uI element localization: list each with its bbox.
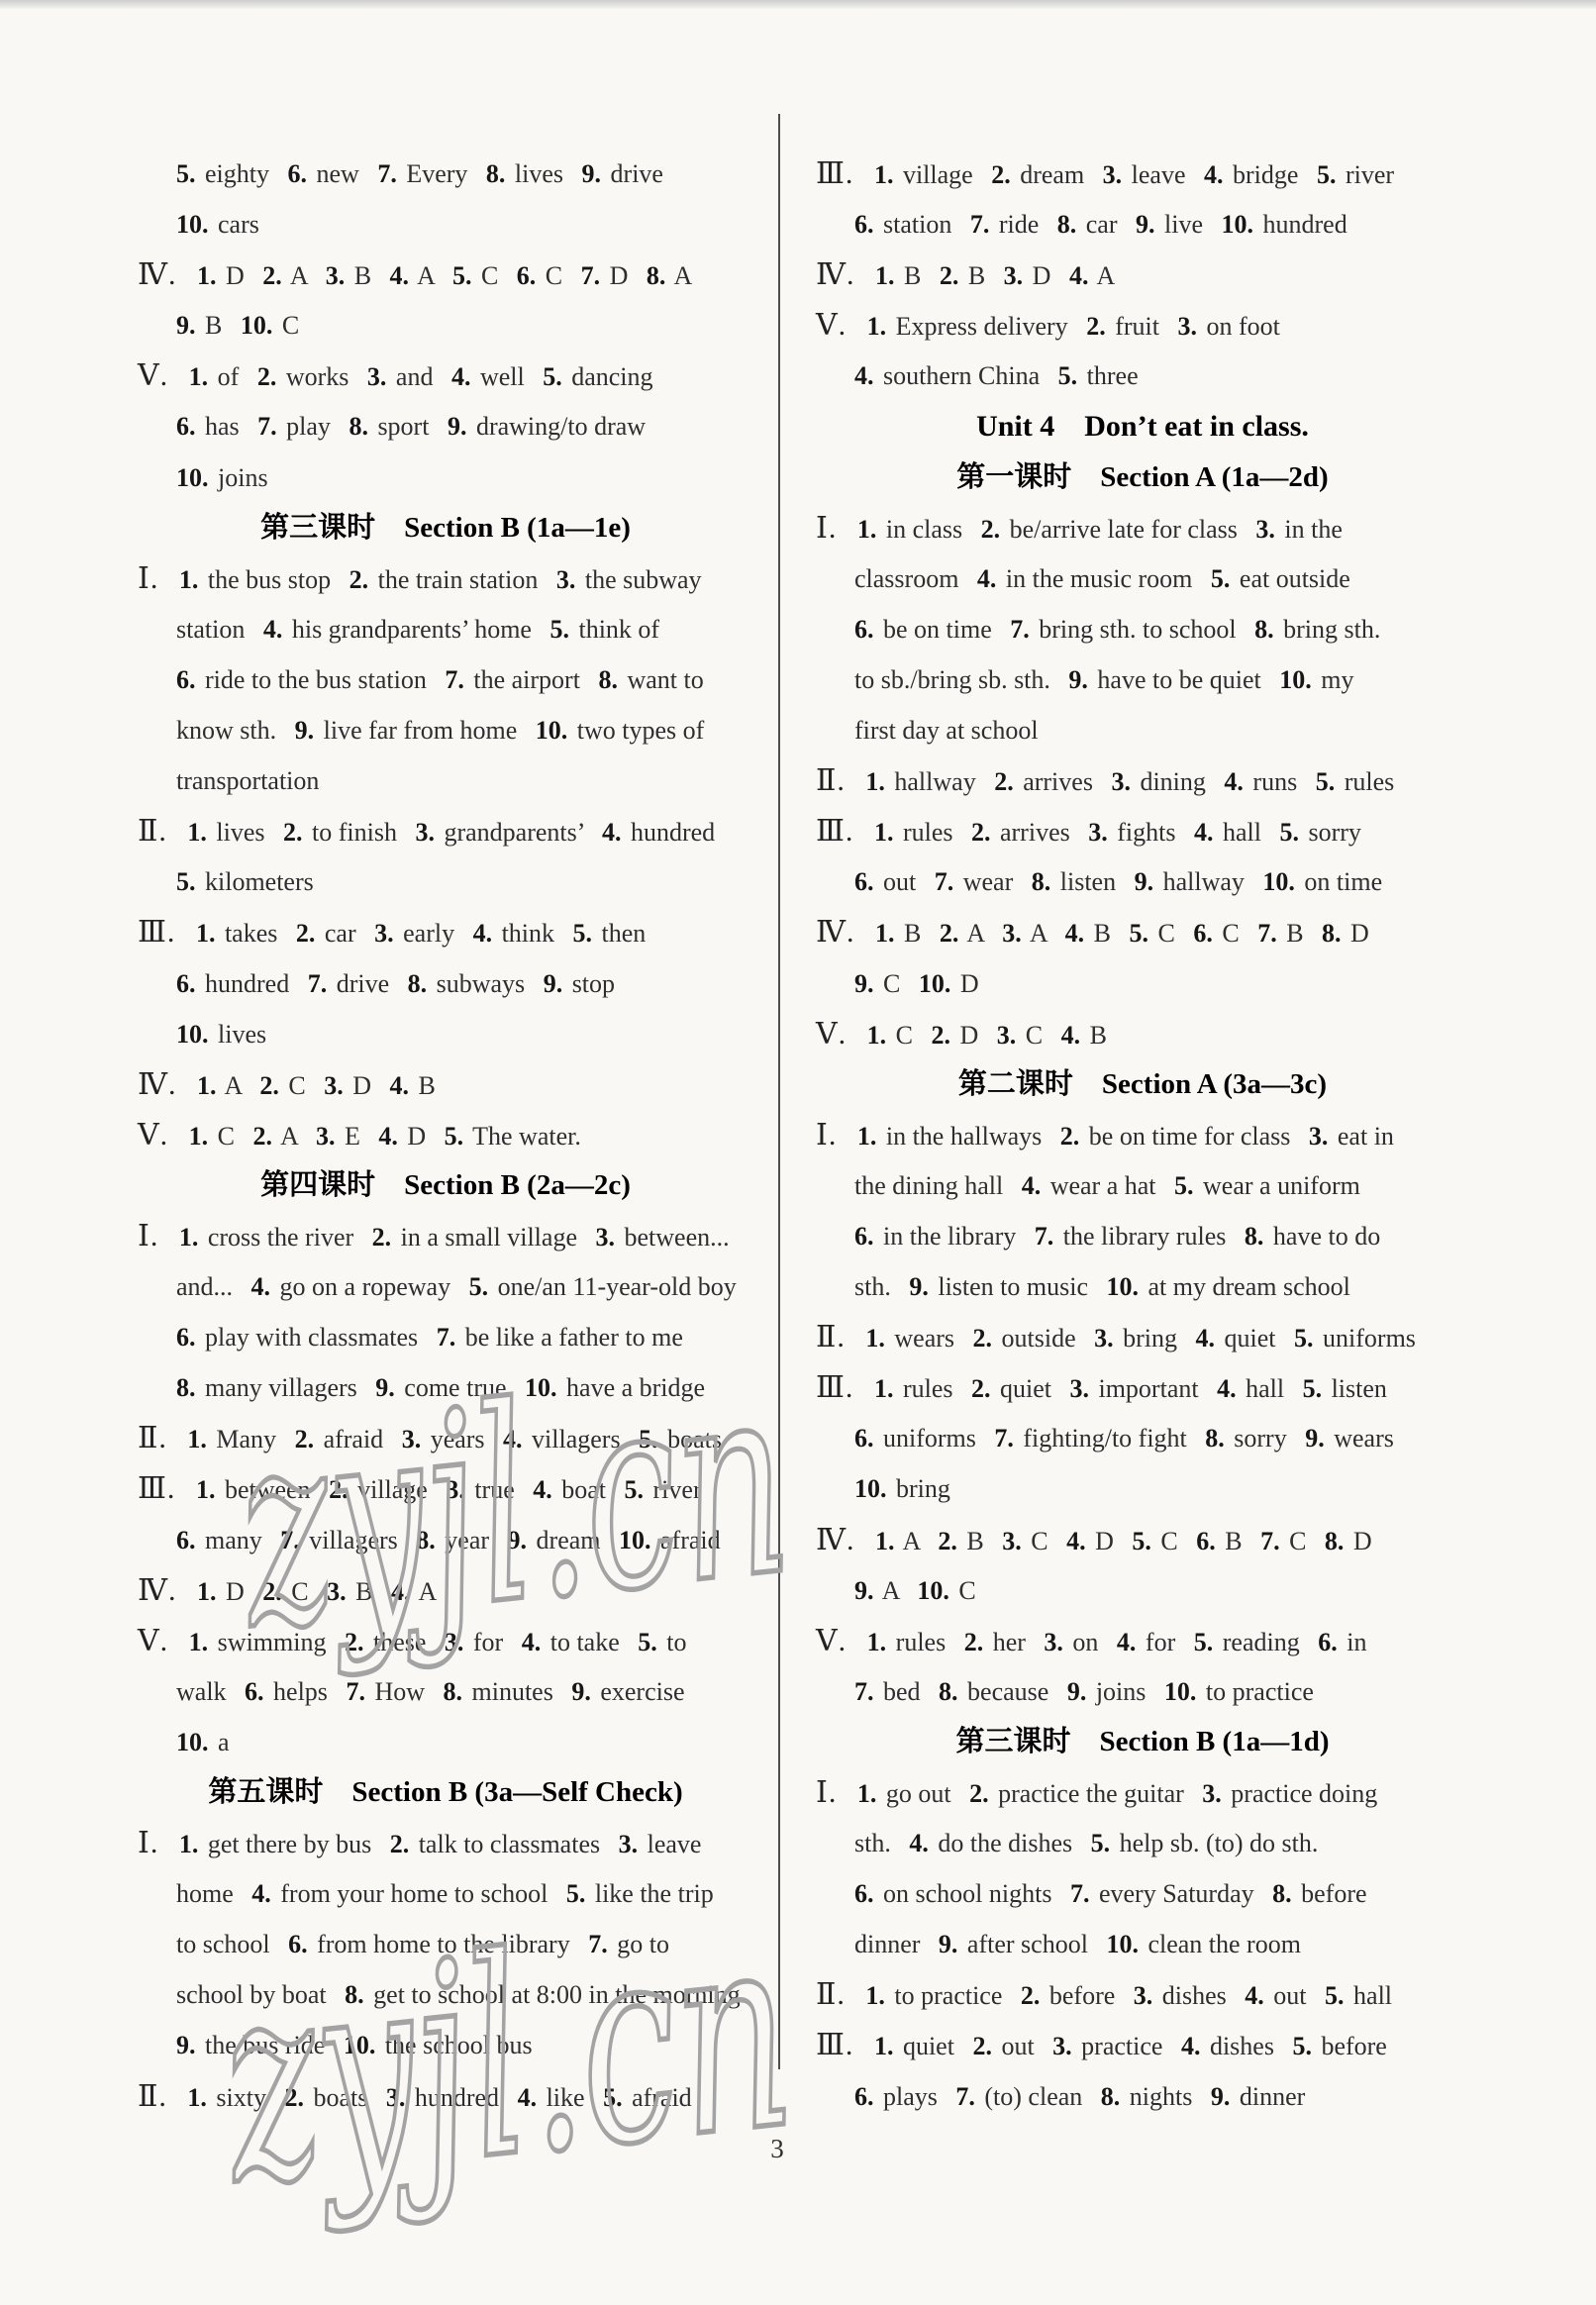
answer-text: boats (661, 1425, 722, 1453)
item-number: 4. (503, 1425, 523, 1453)
answer-text: do the dishes (932, 1829, 1079, 1857)
roman-numeral: Ⅱ. (138, 2080, 175, 2113)
answer-line: Ⅱ. 1. to practice 2. before 3. dishes 4.… (816, 1969, 1469, 2020)
item-number: 5. (638, 1628, 657, 1656)
answer-text: B (349, 1577, 379, 1606)
item-number: 10. (344, 2031, 376, 2059)
answer-text: for (1139, 1628, 1181, 1656)
answer-text: the airport (467, 665, 587, 694)
item-number: 9. (1067, 1677, 1087, 1706)
item-number: 4. (602, 818, 622, 847)
answer-text: important (1092, 1374, 1205, 1403)
answer-text: wears (888, 1324, 961, 1353)
answer-text: his grandparents’ home (285, 615, 538, 644)
item-number: 7. (1257, 919, 1277, 948)
answer-text: year (439, 1526, 496, 1554)
answer-text: subways (430, 969, 532, 998)
item-number: 5. (573, 919, 593, 948)
answer-text: from home to the library (311, 1930, 577, 1958)
item-number: 4. (1217, 1374, 1237, 1403)
item-number: 7. (994, 1424, 1014, 1453)
item-number: 6. (176, 1526, 196, 1554)
item-number: 4. (263, 615, 283, 644)
answer-text: to school (176, 1930, 276, 1958)
answer-text: C (285, 1577, 315, 1606)
answer-line: 10. lives (138, 1009, 753, 1059)
answer-line: 6. out 7. wear 8. listen 9. hallway 10. … (816, 856, 1469, 907)
item-number: 2. (973, 1324, 993, 1353)
answer-text: the train station (371, 565, 545, 594)
item-number: 2. (257, 362, 277, 391)
answer-text: talk to classmates (412, 1830, 606, 1858)
answer-line: Ⅳ. 1. B 2. A 3. A 4. B 5. C 6. C 7. B 8.… (816, 907, 1469, 957)
item-number: 9. (375, 1373, 395, 1402)
item-number: 5. (1325, 1981, 1345, 2010)
roman-numeral: Ⅰ. (816, 1119, 846, 1152)
item-number: 10. (1262, 867, 1295, 896)
item-number: 6. (176, 665, 196, 694)
answer-text: D (1089, 1527, 1121, 1555)
item-number: 5. (603, 2083, 623, 2112)
answer-line: school by boat 8. get to school at 8:00 … (138, 1969, 753, 2020)
item-number: 1. (874, 818, 894, 847)
answer-text: station (877, 210, 958, 239)
item-number: 2. (981, 515, 1001, 544)
answer-text: Unit 4 Don’t eat in class. (976, 410, 1309, 443)
answer-line: 6. many 7. villagers 8. year 9. dream 10… (138, 1515, 753, 1565)
item-number: 4. (378, 1122, 398, 1151)
answer-text: B (348, 261, 377, 290)
answer-text: 第一课时 Section A (1a—2d) (956, 461, 1328, 493)
item-number: 3. (556, 565, 576, 594)
answer-text: 第三课时 Section B (1a—1e) (260, 512, 631, 544)
answer-text: C (275, 311, 299, 340)
answer-text: D (603, 261, 635, 290)
answer-text: cross the river (201, 1223, 359, 1252)
item-number: 9. (1305, 1424, 1325, 1453)
item-number: 7. (308, 969, 328, 998)
roman-numeral: Ⅲ. (138, 916, 184, 949)
answer-text: works (279, 362, 355, 391)
answer-text: many villagers (199, 1373, 364, 1402)
answer-line: classroom 4. in the music room 5. eat ou… (816, 553, 1469, 604)
answer-text: bridge (1227, 160, 1305, 189)
item-number: 2. (932, 1021, 951, 1050)
answer-text: C (1025, 1527, 1054, 1555)
answer-text: a (212, 1728, 230, 1756)
answer-text: 第三课时 Section B (1a—1d) (955, 1726, 1329, 1757)
answer-text: A (219, 1071, 248, 1100)
answer-text: kilometers (199, 867, 314, 896)
answer-text: dream (1014, 160, 1091, 189)
answer-text: uniforms (877, 1424, 983, 1453)
roman-numeral: Ⅴ. (816, 309, 855, 342)
answer-text: eat in (1331, 1122, 1394, 1151)
answer-text: sth. (854, 1272, 897, 1301)
answer-text: boats (307, 2083, 374, 2112)
answer-text: play (280, 412, 338, 441)
item-number: 5. (452, 261, 472, 290)
answer-text: bring (1117, 1324, 1184, 1353)
item-number: 6. (176, 969, 196, 998)
answer-text: A (275, 1122, 304, 1151)
section-heading: 第二课时 Section A (3a—3c) (816, 1059, 1469, 1110)
item-number: 7. (1260, 1527, 1280, 1555)
answer-text: be like a father to me (458, 1323, 683, 1352)
answer-line: Ⅰ. 1. cross the river 2. in a small vill… (138, 1211, 753, 1261)
answer-text: village (351, 1475, 435, 1504)
item-number: 8. (1322, 919, 1342, 948)
answer-text: wears (1328, 1424, 1394, 1453)
item-number: 3. (1103, 160, 1123, 189)
answer-text: come true (398, 1373, 513, 1402)
item-number: 1. (196, 1475, 216, 1504)
item-number: 1. (857, 515, 877, 544)
roman-numeral: Ⅳ. (816, 1524, 863, 1556)
answer-text: 第五课时 Section B (3a—Self Check) (208, 1776, 682, 1808)
answer-text: C (1216, 919, 1246, 948)
answer-text: early (397, 919, 461, 948)
item-number: 1. (867, 312, 887, 341)
item-number: 8. (1245, 1222, 1264, 1251)
answer-line: 10. joins (138, 452, 753, 503)
item-number: 4. (1117, 1628, 1137, 1656)
item-number: 5. (176, 867, 196, 896)
item-number: 5. (1292, 2032, 1312, 2060)
answer-line: 10. cars (138, 199, 753, 250)
answer-text: new (310, 159, 365, 188)
item-number: 5. (1130, 919, 1149, 948)
item-number: 3. (446, 1475, 465, 1504)
answer-text: one/an 11-year-old boy (491, 1272, 737, 1301)
item-number: 1. (874, 160, 894, 189)
item-number: 8. (1057, 210, 1077, 239)
item-number: 3. (1088, 818, 1108, 847)
item-number: 8. (408, 969, 428, 998)
item-number: 2. (1086, 312, 1106, 341)
answer-line: walk 6. helps 7. How 8. minutes 9. exerc… (138, 1666, 753, 1717)
item-number: 10. (917, 1576, 949, 1605)
item-number: 10. (619, 1526, 651, 1554)
answer-text: outside (995, 1324, 1082, 1353)
answer-text: on time (1298, 867, 1382, 896)
answer-text: like (540, 2083, 591, 2112)
item-number: 1. (865, 1324, 885, 1353)
answer-text: out (1267, 1981, 1313, 2010)
answer-text: on (1066, 1628, 1105, 1656)
item-number: 1. (875, 1527, 895, 1555)
item-number: 7. (377, 159, 397, 188)
answer-text: in the library (877, 1222, 1023, 1251)
answer-text: well (473, 362, 531, 391)
item-number: 4. (390, 1071, 410, 1100)
answer-text: in a small village (394, 1223, 583, 1252)
item-number: 6. (1196, 1527, 1216, 1555)
answer-text: wear a hat (1044, 1171, 1162, 1200)
answer-text: drawing/to draw (469, 412, 646, 441)
answer-text: bring sth. (1277, 615, 1381, 644)
answer-text: D (219, 261, 250, 290)
answer-text: to finish (306, 818, 404, 847)
item-number: 8. (444, 1677, 463, 1706)
roman-numeral: Ⅰ. (138, 1220, 167, 1253)
answer-text: then (595, 919, 646, 948)
answer-text: hundred (624, 818, 715, 847)
item-number: 1. (189, 362, 209, 391)
answer-text: takes (218, 919, 283, 948)
answer-text: quiet (1218, 1324, 1282, 1353)
item-number: 7. (588, 1930, 608, 1958)
answer-text: car (318, 919, 362, 948)
answer-line: 9. the bus ride 10. the school bus (138, 2020, 753, 2070)
item-number: 6. (288, 159, 308, 188)
answer-text: dishes (1155, 1981, 1233, 2010)
answer-line: and... 4. go on a ropeway 5. one/an 11-y… (138, 1261, 753, 1312)
item-number: 10. (241, 311, 273, 340)
answer-text: help sb. (to) do sth. (1113, 1829, 1318, 1857)
answer-text: bring sth. to school (1033, 615, 1243, 644)
item-number: 2. (283, 818, 303, 847)
item-number: 3. (324, 1071, 344, 1100)
answer-line: Ⅳ. 1. A 2. B 3. C 4. D 5. C 6. B 7. C 8.… (816, 1515, 1469, 1565)
item-number: 8. (939, 1677, 958, 1706)
answer-text: the bus stop (201, 565, 337, 594)
answer-line: 5. eighty 6. new 7. Every 8. lives 9. dr… (138, 149, 753, 199)
answer-text: C (952, 1576, 976, 1605)
answer-text: runs (1247, 767, 1304, 796)
item-number: 9. (582, 159, 602, 188)
item-number: 2. (262, 261, 282, 290)
item-number: 1. (874, 2032, 894, 2060)
answer-text: years (424, 1425, 491, 1453)
roman-numeral: Ⅴ. (816, 1018, 855, 1051)
item-number: 5. (1211, 564, 1231, 593)
answer-text: hundred (408, 2083, 505, 2112)
item-number: 8. (1254, 615, 1274, 644)
item-number: 3. (327, 1577, 347, 1606)
item-number: 3. (1094, 1324, 1114, 1353)
answer-text: D (1345, 919, 1369, 948)
section-heading: 第五课时 Section B (3a—Self Check) (138, 1767, 753, 1818)
answer-text: listen (1053, 867, 1122, 896)
item-number: 1. (865, 767, 885, 796)
item-number: 2. (994, 767, 1014, 796)
item-number: 5. (445, 1122, 464, 1151)
item-number: 7. (257, 412, 277, 441)
item-number: 10. (1107, 1272, 1140, 1301)
item-number: 1. (187, 1425, 207, 1453)
answer-text: have a bridge (560, 1373, 706, 1402)
answer-text: three (1080, 361, 1138, 390)
item-number: 9. (939, 1930, 958, 1958)
item-number: 9. (448, 412, 467, 441)
answer-text: Many (210, 1425, 283, 1453)
item-number: 4. (1069, 261, 1089, 290)
item-number: 8. (598, 665, 618, 694)
answer-line: 9. B 10. C (138, 300, 753, 351)
answer-text: A (1025, 919, 1053, 948)
scan-edge-top (0, 0, 1596, 9)
roman-numeral: Ⅴ. (138, 359, 177, 392)
item-number: 6. (245, 1677, 264, 1706)
item-number: 2. (345, 1628, 364, 1656)
answer-line: Ⅴ. 1. of 2. works 3. and 4. well 5. danc… (138, 351, 753, 401)
answer-line: Ⅰ. 1. go out 2. practice the guitar 3. p… (816, 1767, 1469, 1818)
answer-text: the library rules (1056, 1222, 1233, 1251)
answer-text: Every (400, 159, 474, 188)
answer-line: Ⅳ. 1. D 2. C 3. B 4. A (138, 1565, 753, 1616)
item-number: 1. (867, 1628, 887, 1656)
answer-line: to sb./bring sb. sth. 9. have to be quie… (816, 654, 1469, 705)
roman-numeral: Ⅴ. (138, 1119, 177, 1152)
item-number: 3. (367, 362, 387, 391)
answer-text: C (889, 1021, 919, 1050)
roman-numeral: Ⅳ. (138, 1068, 185, 1101)
item-number: 1. (187, 818, 207, 847)
item-number: 8. (1101, 2082, 1121, 2111)
answer-text: leave (1125, 160, 1192, 189)
item-number: 4. (1204, 160, 1224, 189)
item-number: 5. (543, 362, 562, 391)
item-number: 2. (296, 919, 316, 948)
answer-text: wear (956, 867, 1020, 896)
item-number: 9. (854, 969, 874, 998)
item-number: 6. (854, 1222, 874, 1251)
answer-text: listen to music (932, 1272, 1095, 1301)
answer-line: 5. kilometers (138, 856, 753, 907)
answer-text: go out (879, 1779, 957, 1808)
answer-text: transportation (176, 766, 319, 795)
answer-text: sorry (1228, 1424, 1293, 1453)
roman-numeral: Ⅳ. (138, 258, 185, 291)
item-number: 5. (1279, 818, 1299, 847)
item-number: 4. (533, 1475, 552, 1504)
answer-text: hallway (888, 767, 982, 796)
item-number: 6. (854, 1424, 874, 1453)
item-number: 10. (176, 210, 209, 239)
answer-text: lives (210, 818, 271, 847)
answer-text: 第二课时 Section A (3a—3c) (958, 1068, 1327, 1100)
answer-line: Ⅲ. 1. village 2. dream 3. leave 4. bridg… (816, 149, 1469, 199)
answer-text: listen (1325, 1374, 1387, 1403)
item-number: 7. (1070, 1879, 1090, 1908)
item-number: 9. (1211, 2082, 1231, 2111)
item-number: 2. (969, 1779, 989, 1808)
answer-text: rules (889, 1628, 952, 1656)
answer-line: Ⅰ. 1. the bus stop 2. the train station … (138, 553, 753, 604)
answer-text: arrives (1017, 767, 1100, 796)
item-number: 4. (1061, 1021, 1081, 1050)
answer-line: station 4. his grandparents’ home 5. thi… (138, 604, 753, 654)
answer-text: B (1083, 1021, 1107, 1050)
item-number: 8. (1032, 867, 1051, 896)
answer-line: 6. has 7. play 8. sport 9. drawing/to dr… (138, 401, 753, 451)
item-number: 7. (437, 1323, 456, 1352)
item-number: 3. (1255, 515, 1275, 544)
answer-line: 6. station 7. ride 8. car 9. live 10. hu… (816, 199, 1469, 250)
roman-numeral: Ⅰ. (816, 1776, 846, 1809)
item-number: 2. (940, 919, 959, 948)
answer-text: afraid (317, 1425, 390, 1453)
item-number: 10. (1222, 210, 1254, 239)
section-heading: 第四课时 Section B (2a—2c) (138, 1160, 753, 1211)
item-number: 3. (316, 1122, 336, 1151)
section-heading: 第三课时 Section B (1a—1d) (816, 1717, 1469, 1767)
item-number: 5. (1132, 1527, 1151, 1555)
answer-text: uniforms (1317, 1324, 1416, 1353)
item-number: 10. (1164, 1677, 1197, 1706)
answer-text: out (995, 2032, 1041, 2060)
answer-line: Ⅳ. 1. B 2. B 3. D 4. A (816, 250, 1469, 300)
item-number: 2. (971, 1374, 991, 1403)
answer-line: sth. 4. do the dishes 5. help sb. (to) d… (816, 1818, 1469, 1868)
answer-text: rules (896, 818, 959, 847)
item-number: 5. (1294, 1324, 1314, 1353)
item-number: 7. (1035, 1222, 1054, 1251)
answer-line: sth. 9. listen to music 10. at my dream … (816, 1261, 1469, 1312)
answer-text: bring (890, 1474, 950, 1503)
answer-line: Ⅲ. 1. rules 2. quiet 3. important 4. hal… (816, 1362, 1469, 1413)
answer-text: C (1019, 1021, 1048, 1050)
answer-text: school by boat (176, 1980, 333, 2009)
item-number: 1. (874, 1374, 894, 1403)
item-number: 3. (415, 818, 435, 847)
item-number: 4. (251, 1879, 271, 1908)
answer-text: my (1315, 665, 1354, 694)
item-number: 3. (1044, 1628, 1063, 1656)
item-number: 8. (345, 1980, 364, 2009)
item-number: 3. (1069, 1374, 1089, 1403)
item-number: 4. (977, 564, 997, 593)
column-divider-line (778, 114, 780, 2069)
item-number: 10. (1279, 665, 1312, 694)
roman-numeral: Ⅲ. (138, 1472, 184, 1505)
item-number: 3. (1002, 1527, 1022, 1555)
answer-text: at my dream school (1142, 1272, 1350, 1301)
item-number: 6. (1193, 919, 1213, 948)
item-number: 7. (854, 1677, 874, 1706)
item-number: 3. (997, 1021, 1017, 1050)
answer-text: minutes (465, 1677, 559, 1706)
item-number: 6. (288, 1930, 308, 1958)
answer-text: to (660, 1628, 687, 1656)
answer-text: D (219, 1577, 250, 1606)
item-number: 5. (1174, 1171, 1194, 1200)
answer-line: 6. be on time 7. bring sth. to school 8.… (816, 604, 1469, 654)
item-number: 6. (854, 210, 874, 239)
item-number: 6. (854, 867, 874, 896)
answer-text: hall (1216, 818, 1267, 847)
item-number: 4. (1022, 1171, 1042, 1200)
answer-text: sth. (854, 1829, 897, 1857)
item-number: 6. (517, 261, 537, 290)
item-number: 9. (176, 311, 196, 340)
answer-line: Ⅲ. 1. between 2. village 3. true 4. boat… (138, 1463, 753, 1514)
answer-text: dining (1134, 767, 1212, 796)
item-number: 2. (940, 261, 959, 290)
answer-text: B (897, 919, 927, 948)
answer-text: two types of (570, 716, 704, 745)
item-number: 10. (176, 1728, 209, 1756)
item-number: 1. (179, 565, 199, 594)
answer-text: C (1151, 919, 1181, 948)
answer-line: 10. bring (816, 1463, 1469, 1514)
answer-text: D (1347, 1527, 1371, 1555)
answer-line: home 4. from your home to school 5. like… (138, 1868, 753, 1919)
roman-numeral: Ⅳ. (816, 258, 863, 291)
answer-text: C (539, 261, 568, 290)
answer-line: Ⅲ. 1. rules 2. arrives 3. fights 4. hall… (816, 806, 1469, 856)
